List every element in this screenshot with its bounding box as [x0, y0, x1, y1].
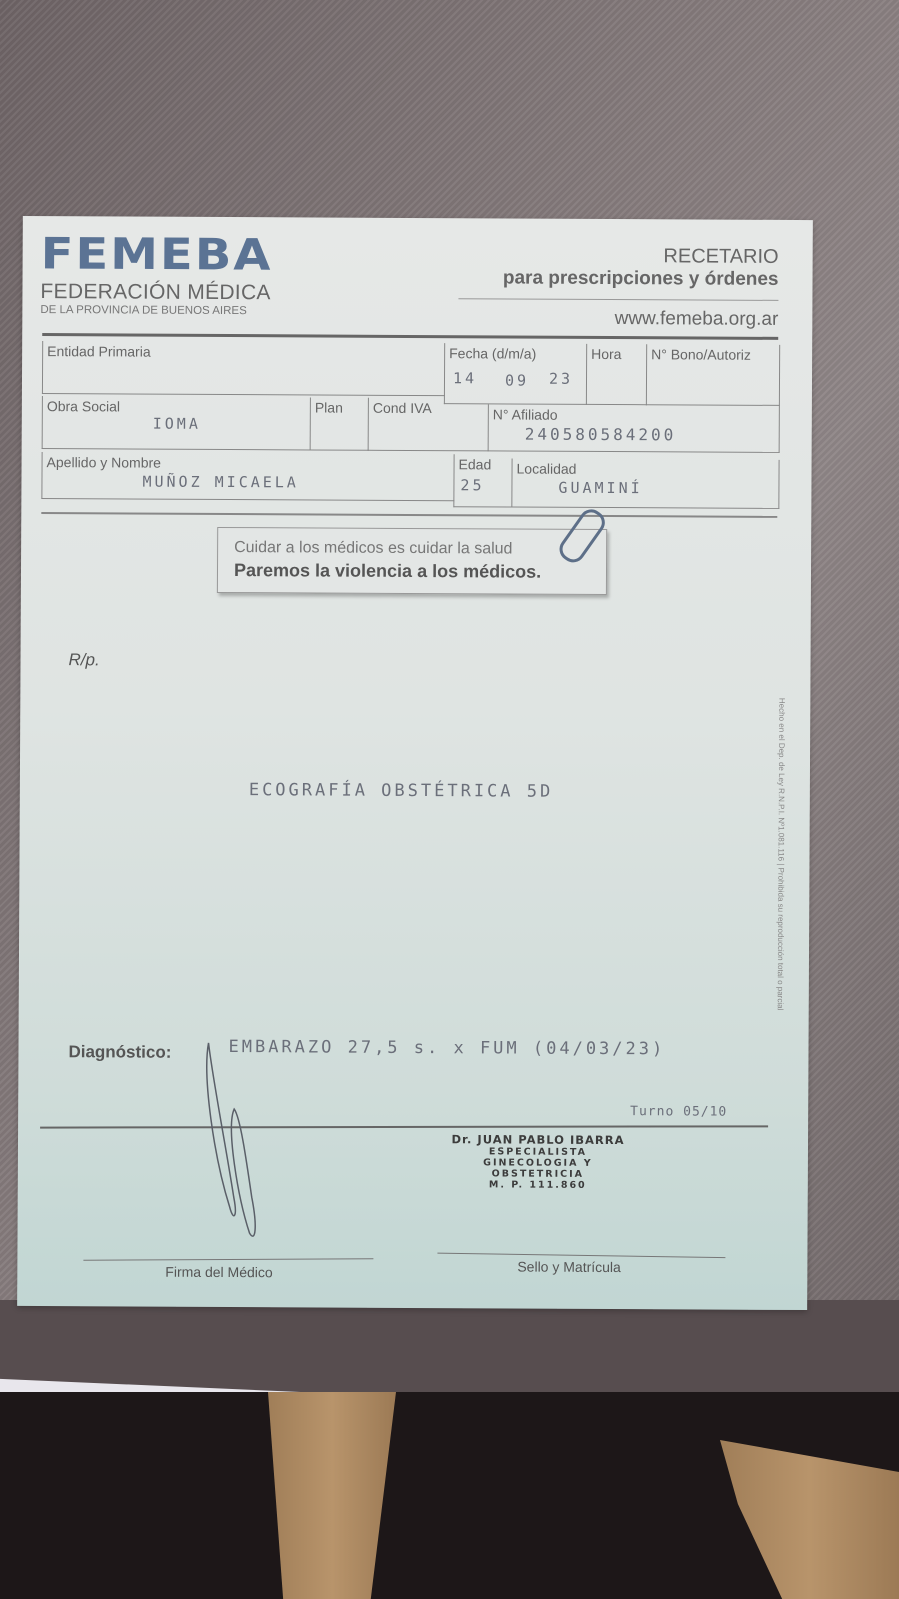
obra-social-value: IOMA: [153, 415, 201, 433]
violence-awareness-banner: Cuidar a los médicos es cuidar la salud …: [217, 527, 607, 595]
signature-line: [83, 1258, 373, 1261]
sello-label: Sello y Matrícula: [517, 1259, 621, 1276]
divider: [42, 333, 778, 340]
field-label: Hora: [591, 346, 621, 362]
field-label: Edad: [459, 456, 492, 472]
stamp-matricula: M. P. 111.860: [438, 1179, 638, 1191]
obra-social-field[interactable]: Obra Social IOMA: [42, 396, 311, 450]
bono-field[interactable]: N° Bono/Autoriz: [646, 344, 780, 406]
doctor-stamp: Dr. JUAN PABLO IBARRA ESPECIALISTA GINEC…: [438, 1132, 638, 1191]
divider: [458, 298, 778, 301]
signature-mark: [194, 1037, 275, 1237]
entidad-primaria-field[interactable]: Entidad Primaria: [42, 341, 445, 396]
divider: [40, 1125, 768, 1128]
turno-note: Turno 05/10: [630, 1104, 727, 1120]
localidad-field[interactable]: Localidad GUAMINÍ: [511, 459, 779, 509]
banner-line-1: Cuidar a los médicos es cuidar la salud: [234, 539, 512, 558]
apellido-nombre-value: MUÑOZ MICAELA: [142, 473, 298, 492]
afiliado-value: 240580584200: [525, 425, 677, 445]
fecha-day: 14: [453, 369, 477, 387]
field-label: Entidad Primaria: [47, 343, 151, 360]
hora-field[interactable]: Hora: [586, 344, 647, 405]
website-link: www.femeba.org.ar: [615, 308, 779, 331]
legal-notice: Hecho en el Dep. de Ley R.N.P.I. Nº1.081…: [768, 698, 786, 1118]
document-subtitle: para prescripciones y órdenes: [503, 267, 779, 290]
banner-line-2: Paremos la violencia a los médicos.: [234, 560, 541, 583]
localidad-value: GUAMINÍ: [558, 479, 642, 497]
field-label: Localidad: [517, 461, 577, 477]
rp-label: R/p.: [68, 650, 99, 670]
divider: [41, 512, 777, 518]
fecha-month: 09: [505, 371, 529, 389]
firma-label: Firma del Médico: [165, 1264, 272, 1281]
afiliado-field[interactable]: N° Afiliado 240580584200: [488, 404, 780, 453]
field-label: Obra Social: [47, 398, 120, 414]
field-label: Plan: [315, 399, 343, 415]
stamp-line: [437, 1253, 725, 1259]
stamp-name: Dr. JUAN PABLO IBARRA: [438, 1132, 638, 1147]
prescription-sheet: FEMEBA FEDERACIÓN MÉDICA DE LA PROVINCIA…: [17, 216, 813, 1310]
diagnosis-value[interactable]: EMBARAZO 27,5 s. x FUM (04/03/23): [228, 1037, 665, 1059]
federation-name: FEDERACIÓN MÉDICA: [40, 280, 270, 305]
field-label: Apellido y Nombre: [47, 454, 161, 471]
field-label: Fecha (d/m/a): [449, 345, 536, 361]
edad-field[interactable]: Edad 25: [453, 454, 512, 507]
diagnosis-label: Diagnóstico:: [68, 1042, 171, 1063]
cond-iva-field[interactable]: Cond IVA: [368, 398, 489, 452]
document-title: RECETARIO: [663, 245, 778, 269]
federation-subtitle: DE LA PROVINCIA DE BUENOS AIRES: [40, 304, 246, 317]
plan-field[interactable]: Plan: [310, 397, 369, 450]
field-label: Cond IVA: [373, 400, 432, 416]
fecha-year: 23: [549, 370, 573, 388]
apellido-nombre-field[interactable]: Apellido y Nombre MUÑOZ MICAELA: [41, 452, 454, 501]
edad-value: 25: [460, 476, 484, 494]
fecha-field[interactable]: Fecha (d/m/a) 14 09 23: [444, 343, 587, 405]
stamp-specialty: GINECOLOGIA Y OBSTETRICIA: [438, 1157, 638, 1180]
field-label: N° Bono/Autoriz: [651, 346, 751, 363]
prescription-item[interactable]: ECOGRAFÍA OBSTÉTRICA 5D: [249, 780, 554, 802]
femeba-logo: FEMEBA: [41, 229, 273, 281]
field-label: N° Afiliado: [493, 406, 558, 422]
